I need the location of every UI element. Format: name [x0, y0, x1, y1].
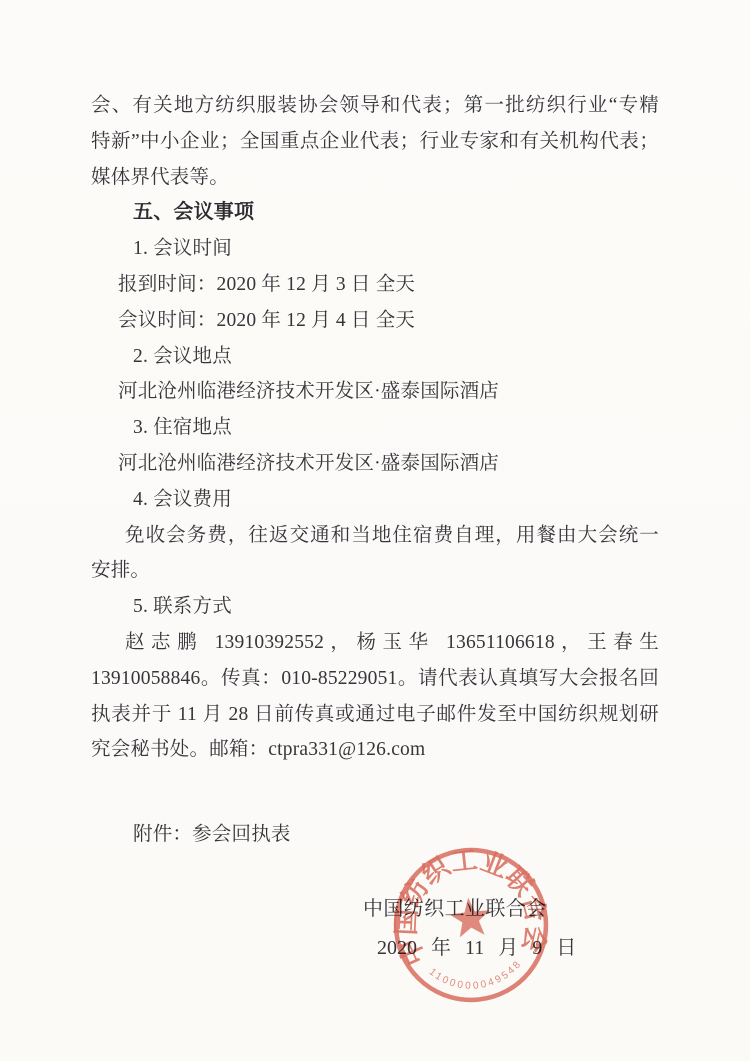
- official-seal: 中国纺织工业联合会 1100000049548: [391, 845, 551, 1005]
- line-meeting-venue: 河北沧州临港经济技术开发区·盛泰国际酒店: [91, 374, 659, 410]
- paragraph-attendees-cont-3: 媒体界代表等。: [91, 160, 659, 196]
- line-meeting-time: 会议时间：2020 年 12 月 4 日 全天: [91, 303, 659, 339]
- paragraph-attendees-cont-2: 特新”中小企业；全国重点企业代表；行业专家和有关机构代表；: [91, 124, 659, 160]
- paragraph-contact-4: 究会秘书处。邮箱：ctpra331@126.com: [91, 732, 659, 768]
- attachment-line: 附件：参会回执表: [91, 817, 659, 853]
- paragraph-attendees-cont-1: 会、有关地方纺织服装协会领导和代表；第一批纺织行业“专精: [91, 88, 659, 124]
- paragraph-contact-2: 13910058846。传真：010-85229051。请代表认真填写大会报名回: [91, 661, 659, 697]
- paragraph-fee-2: 安排。: [91, 553, 659, 589]
- line-checkin-time: 报到时间：2020 年 12 月 3 日 全天: [91, 267, 659, 303]
- scanned-document-page: 会、有关地方纺织服装协会领导和代表；第一批纺织行业“专精 特新”中小企业；全国重…: [0, 0, 750, 1061]
- svg-text:1100000049548: 1100000049548: [426, 957, 527, 997]
- line-lodging-venue: 河北沧州临港经济技术开发区·盛泰国际酒店: [91, 446, 659, 482]
- item-meeting-time: 1. 会议时间: [91, 231, 659, 267]
- item-meeting-fee: 4. 会议费用: [91, 482, 659, 518]
- seal-serial-number: 1100000049548: [426, 957, 527, 997]
- paragraph-fee-1: 免收会务费，往返交通和当地住宿费自理，用餐由大会统一: [91, 518, 659, 554]
- paragraph-contact-1: 赵志鹏 13910392552，杨玉华 13651106618，王春生: [91, 625, 659, 661]
- paragraph-contact-3: 执表并于 11 月 28 日前传真或通过电子邮件发至中国纺织规划研: [91, 697, 659, 733]
- section-heading-five: 五、会议事项: [91, 195, 659, 231]
- item-meeting-venue: 2. 会议地点: [91, 339, 659, 375]
- document-body: 会、有关地方纺织服装协会领导和代表；第一批纺织行业“专精 特新”中小企业；全国重…: [91, 88, 659, 853]
- item-lodging-venue: 3. 住宿地点: [91, 410, 659, 446]
- item-contact: 5. 联系方式: [91, 589, 659, 625]
- star-icon: [448, 896, 492, 939]
